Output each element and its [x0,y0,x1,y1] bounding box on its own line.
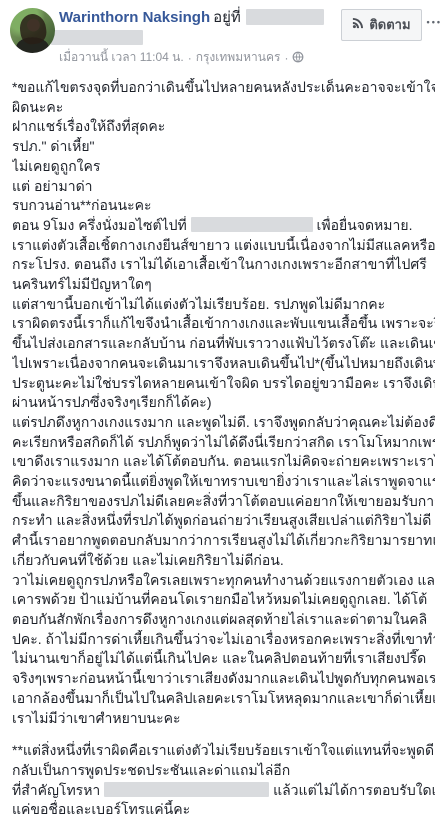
post-text-line: กลับเป็นการพูดประชดประชันและด่าแถมไล่อีก [12,761,435,781]
paragraph-gap [12,728,435,741]
location-city[interactable]: กรุงเทพมหานคร [196,48,281,67]
post-text-line: ประตูนะคะไม่ใช่บรรไดหลายคนเข้าใจผิด บรรไ… [12,374,435,394]
author-name[interactable]: Warinthorn Naksingh [59,9,210,26]
redacted-text [104,782,269,797]
post-text-line: จริงๆเพราะก่อนหน้านี้เขาว่าเราเสียงดังมา… [12,669,435,689]
post-text-line: ที่สำคัญโทรหา แล้วแต่ไม่ได้การตอบรับใดเพ… [12,781,435,801]
post-body: *ขอแก้ไขตรงจุดที่บอกว่าเดินขึ้นไปหลายคนห… [0,78,447,820]
post-text-line: ปคะ. ถ้าไม่มีการด่าเหี้ยเกินขึ้นว่าจะไม่… [12,630,435,650]
post-text-line: กระโปรง. ตอนถึง เราไม่ได้เอาเสื้อเข้าในก… [12,255,435,275]
post-text-line: เอากล้องขึ้นมาก็เป็นไปในคลิปเลยคะเราโมโห… [12,689,435,709]
meta-separator: · [284,51,288,65]
post-text-line: แต่ อย่ามาด่า [12,177,435,197]
post-text-line: *ขอแก้ไขตรงจุดที่บอกว่าเดินขึ้นไปหลายคนห… [12,78,435,98]
post-text-line: วาไม่เคยดูถูกรปภหรือใครเลยเพราะทุกคนทำงา… [12,571,435,591]
post-text-line: เราแต่งตัวเสื้อเชิ้ตกางเกงยีนส์ขายาว แต่… [12,236,435,256]
post-text-line: แต่รปภดึงหูกางเกงแรงมาก และพูดไม่ดี. เรา… [12,413,435,433]
post-text-line: คิดว่าจะแรงขนาดนี้แต่ยิ่งพูดให้เขาทราบเข… [12,472,435,492]
more-options-button[interactable]: ••• [422,9,444,35]
post-text-line: ตอบกันสักพักเรื่องการดึงหูกางเกงแต่ผลสุด… [12,610,435,630]
post-text-line: กระทำ และสิ่งหนึ่งที่รปภได้พูดก่อนถ่ายว่… [12,511,435,531]
follow-button-label: ติดตาม [369,14,410,35]
post-text-line: ผิดนะคะ [12,98,435,118]
post-text-line: เราผิดตรงนี้เราก็แก้ไขจึงนำเสื้อเข้ากางเ… [12,314,435,334]
follow-rss-icon [352,17,364,32]
post-text-line: รปภ." ด่าเหี้ย" [12,137,435,157]
post-text-line: แค่ขอชื่อและเบอร์โทรแค่นี้คะ [12,800,435,820]
avatar-photo [18,12,48,45]
post-meta-line: เมื่อวานนี้ เวลา 11:04 น. · กรุงเทพมหานค… [59,48,435,67]
timestamp[interactable]: เมื่อวานนี้ เวลา 11:04 น. [59,48,184,67]
post-text-line: ฝากแชร์เรื่องให้ถึงที่สุดคะ [12,117,435,137]
post-text-line: เคารพด้วย ป้าแม่บ้านที่คอนโดเรายกมือไหว้… [12,590,435,610]
facebook-post: Warinthorn Naksinghอยู่ที่ เมื่อวานนี้ เ… [0,0,447,820]
post-text-line: ขึ้นไปส่งเอกสารและกลับบ้าน ก่อนที่พับเรา… [12,334,435,354]
globe-privacy-icon [292,51,304,66]
post-text-line: รบกวนอ่าน**ก่อนนะคะ [12,196,435,216]
post-text-line: ผ่านหน้ารปภซึ่งจริงๆเรียกก็ได้คะ) [12,393,435,413]
meta-separator: · [188,51,192,65]
location-connector: อยู่ที่ [213,9,241,26]
post-text-line: ขึ้นและกิริยาของรปภไม่ดีเลยคะสิ่งที่วาโต… [12,492,435,512]
post-text-line: นครินทร์ไม่มีปัญหาใดๆ [12,275,435,295]
post-text-line: เขาดึงเราแรงมาก และได้โต้ตอบกัน. ตอนแรกไ… [12,452,435,472]
post-text-line: ไม่เคยดูถูกใคร [12,157,435,177]
post-header: Warinthorn Naksinghอยู่ที่ เมื่อวานนี้ เ… [0,0,447,67]
post-text: ที่สำคัญโทรหา [12,782,104,798]
header-actions: ติดตาม ••• [341,9,444,41]
post-text-line: ไม่นานเขาก็อยู่ไม่ได้แต่นี้เกินไปคะ และใ… [12,649,435,669]
post-text: แล้วแต่ไม่ได้การตอบรับใดเพียง [269,782,435,798]
post-text-line: เกี่ยวกับคนที่ใช้ด้วย และไม่เคยกิริยาไม่… [12,551,435,571]
post-text-line: แต่สาขานี้บอกเข้าไม่ได้แต่งตัวไม่เรียบร้… [12,295,435,315]
post-text-line: คะเรียกหรือสกิดก็ได้ รปภก็พูดว่าไม่ได้ดึ… [12,433,435,453]
post-text-line: ตอน 9โมง ครึ่งนั่งมอไซต์ไปที่ เพื่อยื่นจ… [12,216,435,236]
follow-button[interactable]: ติดตาม [341,9,421,41]
post-text-line: ศำนี้เราอยากพูดตอบกลับมากว่าการเรียนสูงไ… [12,531,435,551]
redacted-location-line2 [51,30,143,45]
redacted-text [191,217,313,232]
post-text: ตอน 9โมง ครึ่งนั่งมอไซต์ไปที่ [12,217,191,233]
profile-avatar[interactable] [10,8,55,53]
post-text-line: เราไม่มีว่าเขาศำหยาบนะคะ [12,709,435,729]
post-text-line: **แต่สิ่งหนึ่งที่เราผิดคือเราแต่งตัวไม่เ… [12,741,435,761]
post-text: เพื่อยื่นจดหมาย. [313,217,413,233]
post-text-line: ไปเพราะเนื่องจากคนจะเดินมาเราจึงหลบเดินข… [12,354,435,374]
redacted-location-name [246,9,324,25]
